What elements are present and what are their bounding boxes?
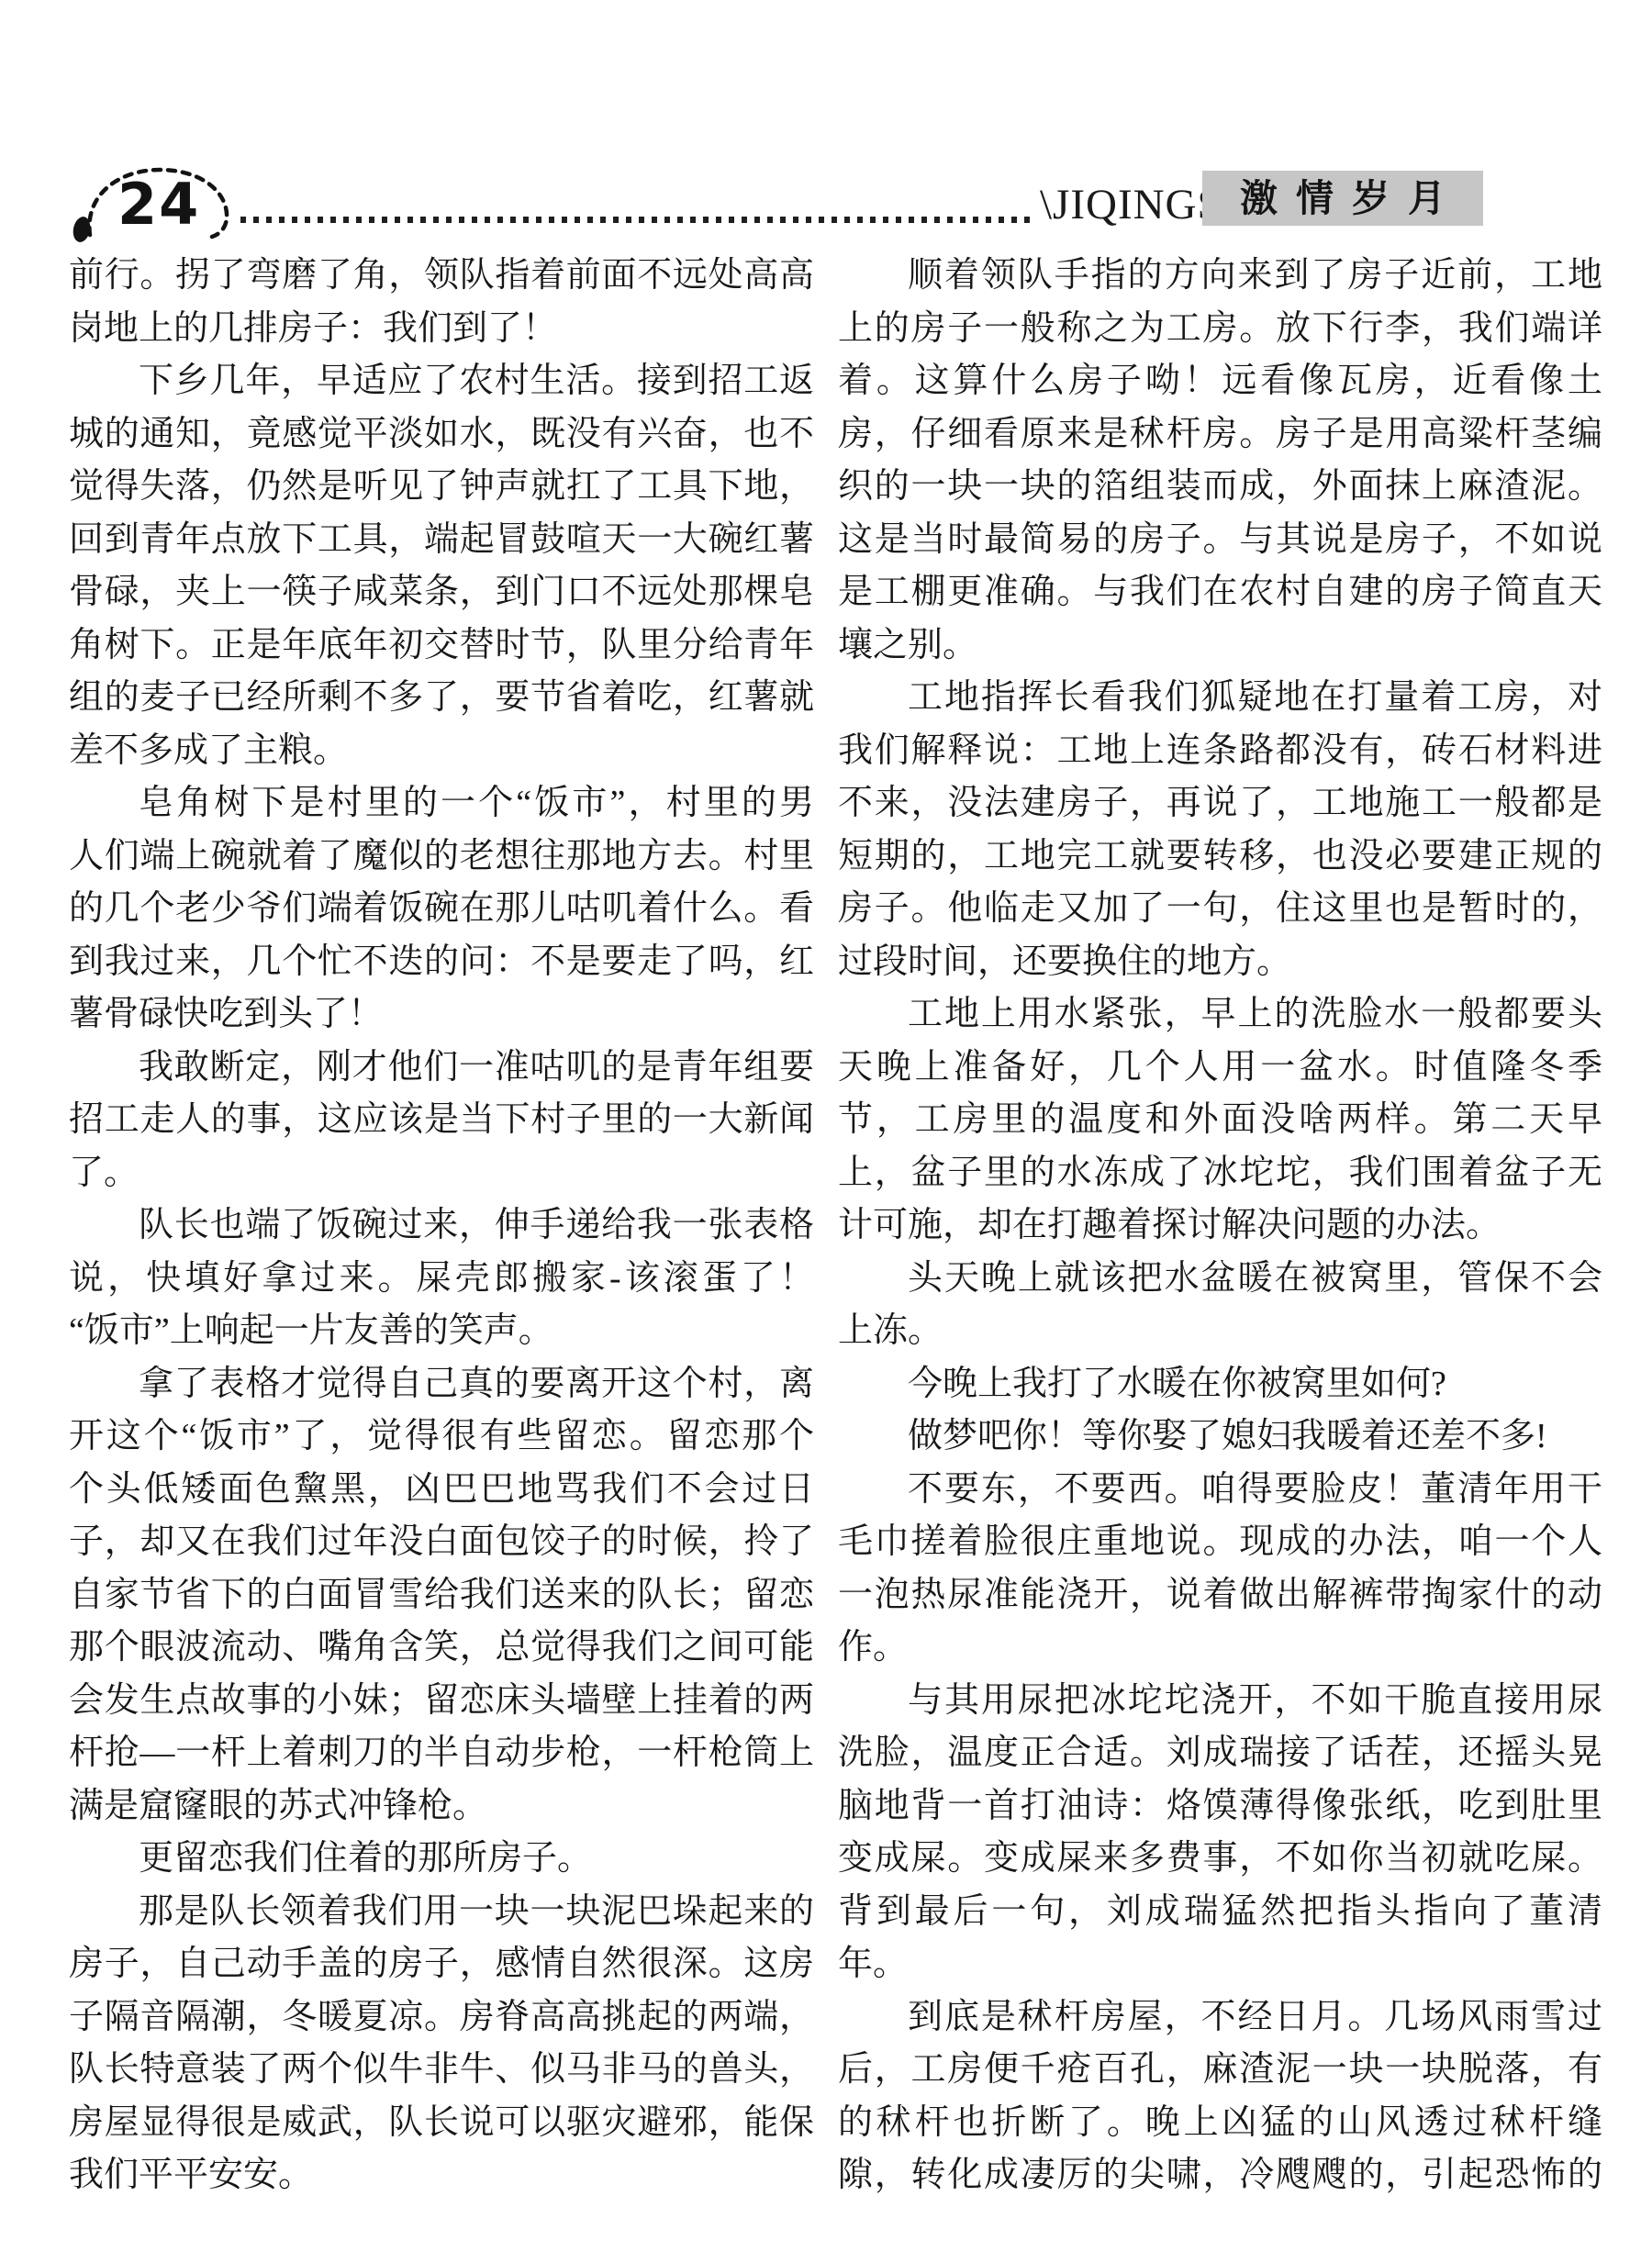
text-line: 城的通知，竟感觉平淡如水，既没有兴奋，也不 [69, 408, 814, 462]
text-line: 节，工房里的温度和外面没啥两样。第二天早 [838, 1094, 1602, 1147]
text-line: 着。这算什么房子呦！远看像瓦房，近看像土 [838, 355, 1602, 408]
page-number: 24 [117, 171, 200, 238]
text-line: 队长特意装了两个似牛非牛、似马非马的兽头， [69, 2044, 814, 2097]
magazine-page: 24 \JIQINGSUIYUE 激情岁月 前行。拐了弯磨了角，领队指着前面不远… [0, 0, 1652, 2252]
text-line: 那个眼波流动、嘴角含笑，总觉得我们之间可能 [69, 1622, 814, 1675]
text-line: 脑地背一首打油诗：烙馍薄得像张纸，吃到肚里 [838, 1780, 1602, 1834]
text-line: 骨碌，夹上一筷子咸菜条，到门口不远处那棵皂 [69, 566, 814, 619]
text-line: 我们解释说：工地上连条路都没有，砖石材料进 [838, 725, 1602, 778]
text-line: 与其用尿把冰坨坨浇开，不如干脆直接用尿 [838, 1675, 1602, 1728]
text-line: 的几个老少爷们端着饭碗在那儿咕叽着什么。看 [69, 883, 814, 936]
text-line: 房屋显得很是威武，队长说可以驱灾避邪，能保 [69, 2097, 814, 2150]
text-line: 今晚上我打了水暖在你被窝里如何? [838, 1358, 1602, 1411]
text-line: 计可施，却在打趣着探讨解决问题的办法。 [838, 1199, 1602, 1253]
text-line: 的秫杆也折断了。晚上凶猛的山风透过秫杆缝 [838, 2097, 1602, 2150]
text-line: 短期的，工地完工就要转移，也没必要建正规的 [838, 831, 1602, 884]
text-line: 子隔音隔潮，冬暖夏凉。房脊高高挑起的两端， [69, 1991, 814, 2045]
text-line: 人们端上碗就着了魔似的老想往那地方去。村里 [69, 831, 814, 884]
text-line: 下乡几年，早适应了农村生活。接到招工返 [69, 355, 814, 408]
text-line: 不要东，不要西。咱得要脸皮！董清年用干 [838, 1464, 1602, 1517]
text-line: 工地上用水紧张，早上的洗脸水一般都要头 [838, 988, 1602, 1042]
text-line: 上的房子一般称之为工房。放下行李，我们端详 [838, 303, 1602, 356]
text-line: 壤之别。 [838, 619, 1602, 673]
text-line: 毛巾搓着脸很庄重地说。现成的办法，咱一个人 [838, 1516, 1602, 1569]
text-line: 那是队长领着我们用一块一块泥巴垛起来的 [69, 1886, 814, 1939]
text-line: 杆抢—一杆上着刺刀的半自动步枪，一杆枪筒上 [69, 1727, 814, 1780]
text-line: 个头低矮面色黧黑，凶巴巴地骂我们不会过日 [69, 1464, 814, 1517]
text-column-left: 前行。拐了弯磨了角，领队指着前面不远处高高岗地上的几排房子：我们到了！下乡几年，… [69, 250, 814, 2202]
dotted-leader-line [240, 217, 1037, 223]
text-line: 招工走人的事，这应该是当下村子里的一大新闻 [69, 1094, 814, 1147]
text-line: 到底是秫杆房屋，不经日月。几场风雨雪过 [838, 1991, 1602, 2045]
text-line: 回到青年点放下工具，端起冒鼓喧天一大碗红薯 [69, 514, 814, 567]
text-line: 了。 [69, 1147, 814, 1200]
text-line: 觉得失落，仍然是听见了钟声就扛了工具下地， [69, 461, 814, 514]
text-line: 皂角树下是村里的一个“饭市”，村里的男 [69, 777, 814, 831]
text-line: 我敢断定，刚才他们一准咕叽的是青年组要 [69, 1042, 814, 1095]
text-line: 前行。拐了弯磨了角，领队指着前面不远处高高 [69, 250, 814, 303]
text-line: 年。 [838, 1938, 1602, 1991]
text-line: 更留恋我们住着的那所房子。 [69, 1833, 814, 1886]
text-column-right: 顺着领队手指的方向来到了房子近前，工地上的房子一般称之为工房。放下行李，我们端详… [838, 250, 1602, 2202]
text-line: 房，仔细看原来是秫杆房。房子是用高粱杆茎编 [838, 408, 1602, 462]
magazine-title: 激情岁月 [1202, 171, 1483, 226]
text-line: 织的一块一块的箔组装而成，外面抹上麻渣泥。 [838, 461, 1602, 514]
text-line: 到我过来，几个忙不迭的问：不是要走了吗，红 [69, 936, 814, 989]
text-line: 开这个“饭市”了，觉得很有些留恋。留恋那个 [69, 1410, 814, 1464]
text-line: 做梦吧你！等你娶了媳妇我暖着还差不多! [838, 1410, 1602, 1464]
text-line: 组的麦子已经所剩不多了，要节省着吃，红薯就 [69, 672, 814, 725]
text-line: 这是当时最简易的房子。与其说是房子，不如说 [838, 514, 1602, 567]
text-line: 洗脸，温度正合适。刘成瑞接了话茬，还摇头晃 [838, 1727, 1602, 1780]
text-line: 背到最后一句，刘成瑞猛然把指头指向了董清 [838, 1886, 1602, 1939]
page-header: 24 \JIQINGSUIYUE 激情岁月 [0, 0, 1652, 248]
text-line: 天晚上准备好，几个人用一盆水。时值隆冬季 [838, 1042, 1602, 1095]
text-line: 一泡热尿准能浇开，说着做出解裤带掏家什的动 [838, 1569, 1602, 1622]
text-line: 房子，自己动手盖的房子，感情自然很深。这房 [69, 1938, 814, 1991]
text-line: 拿了表格才觉得自己真的要离开这个村，离 [69, 1358, 814, 1411]
text-line: 工地指挥长看我们狐疑地在打量着工房，对 [838, 672, 1602, 725]
text-line: 角树下。正是年底年初交替时节，队里分给青年 [69, 619, 814, 673]
text-line: 隙，转化成凄厉的尖啸，冷飕飕的，引起恐怖的 [838, 2149, 1602, 2202]
text-line: 上，盆子里的水冻成了冰坨坨，我们围着盆子无 [838, 1147, 1602, 1200]
text-line: 岗地上的几排房子：我们到了！ [69, 303, 814, 356]
text-line: 会发生点故事的小妹；留恋床头墙壁上挂着的两 [69, 1675, 814, 1728]
text-line: 作。 [838, 1622, 1602, 1675]
text-line: 满是窟窿眼的苏式冲锋枪。 [69, 1780, 814, 1834]
text-line: 队长也端了饭碗过来，伸手递给我一张表格 [69, 1199, 814, 1253]
text-line: 顺着领队手指的方向来到了房子近前，工地 [838, 250, 1602, 303]
text-line: 上冻。 [838, 1305, 1602, 1358]
text-line: 自家节省下的白面冒雪给我们送来的队长；留恋 [69, 1569, 814, 1622]
text-line: 差不多成了主粮。 [69, 725, 814, 778]
text-line: 头天晚上就该把水盆暖在被窝里，管保不会 [838, 1253, 1602, 1306]
text-line: 过段时间，还要换住的地方。 [838, 936, 1602, 989]
text-line: 说，快填好拿过来。屎壳郎搬家-该滚蛋了！ [69, 1253, 814, 1306]
text-line: 子，却又在我们过年没白面包饺子的时候，拎了 [69, 1516, 814, 1569]
text-line: 我们平平安安。 [69, 2149, 814, 2202]
text-line: 房子。他临走又加了一句，住这里也是暂时的， [838, 883, 1602, 936]
text-line: 薯骨碌快吃到头了！ [69, 988, 814, 1042]
page-number-badge: 24 [62, 163, 260, 248]
text-line: 变成屎。变成屎来多费事，不如你当初就吃屎。 [838, 1833, 1602, 1886]
text-line: 是工棚更准确。与我们在农村自建的房子简直天 [838, 566, 1602, 619]
text-line: 后，工房便千疮百孔，麻渣泥一块一块脱落，有 [838, 2044, 1602, 2097]
text-line: “饭市”上响起一片友善的笑声。 [69, 1305, 814, 1358]
text-line: 不来，没法建房子，再说了，工地施工一般都是 [838, 777, 1602, 831]
